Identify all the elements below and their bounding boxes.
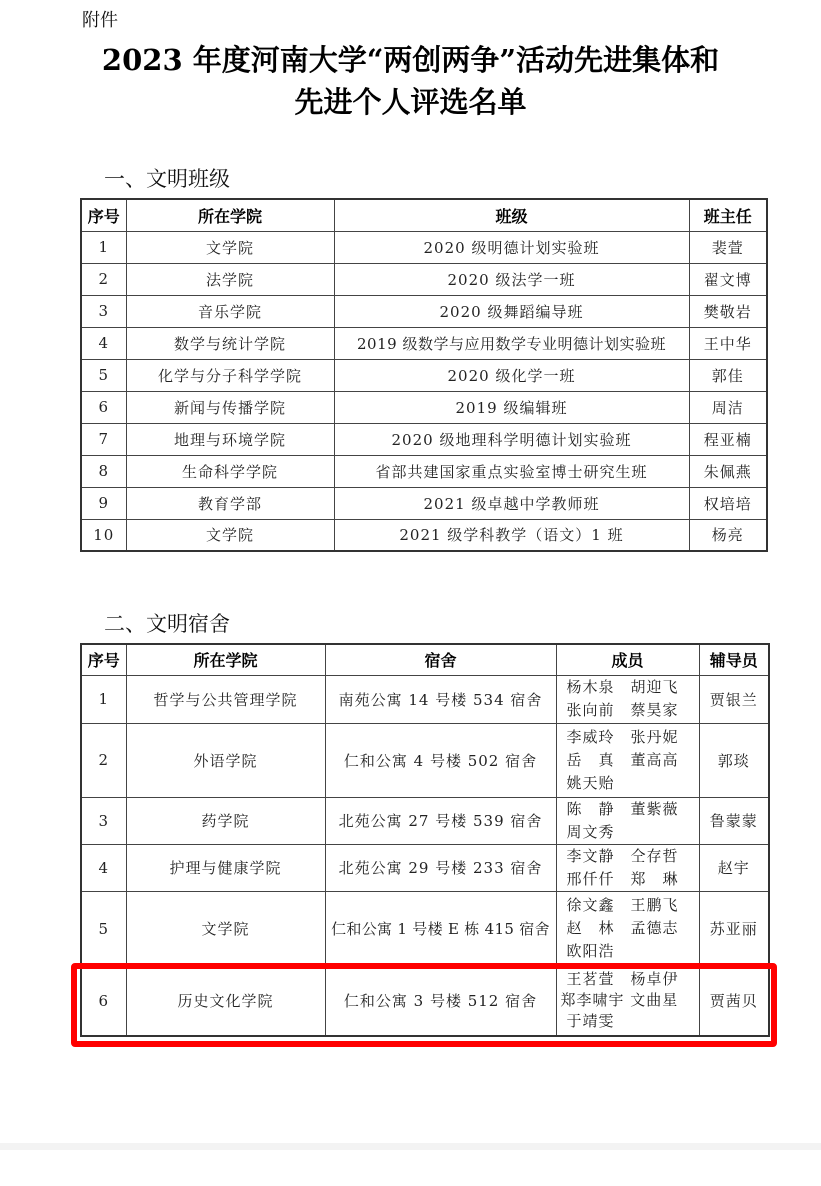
- cell-dorm: 仁和公寓 3 号楼 512 宿舍: [325, 966, 556, 1036]
- cell-no: 9: [81, 487, 126, 519]
- member-line: 欧阳浩: [567, 940, 699, 963]
- member-line: 陈 静 董紫薇: [567, 798, 699, 821]
- cell-teacher: 王中华: [689, 327, 767, 359]
- cell-counselor: 郭琰: [699, 723, 769, 797]
- cell-no: 3: [81, 295, 126, 327]
- cell-class: 2020 级舞蹈编导班: [334, 295, 689, 327]
- column-header-members: 成员: [556, 644, 699, 675]
- cell-college: 音乐学院: [126, 295, 334, 327]
- cell-counselor: 苏亚丽: [699, 891, 769, 966]
- cell-college: 文学院: [126, 891, 325, 966]
- cell-class: 2019 级编辑班: [334, 391, 689, 423]
- cell-counselor: 鲁蒙蒙: [699, 797, 769, 844]
- column-header-college: 所在学院: [126, 199, 334, 231]
- member-line: 邢仟仟 郑 琳: [567, 868, 699, 891]
- cell-college: 护理与健康学院: [126, 844, 325, 891]
- column-header-teacher: 班主任: [689, 199, 767, 231]
- cell-teacher: 朱佩燕: [689, 455, 767, 487]
- table-row: 2 法学院 2020 级法学一班 翟文博: [81, 263, 767, 295]
- cell-college: 教育学部: [126, 487, 334, 519]
- civilized-dorms-table: 序号 所在学院 宿舍 成员 辅导员 1 哲学与公共管理学院 南苑公寓 14 号楼…: [80, 643, 770, 1037]
- table-row: 10 文学院 2021 级学科教学（语文）1 班 杨亮: [81, 519, 767, 551]
- table-row: 5 文学院 仁和公寓 1 号楼 E 栋 415 宿舍 徐文鑫 王鹏飞 赵 林 孟…: [81, 891, 769, 966]
- cell-college: 药学院: [126, 797, 325, 844]
- cell-college: 文学院: [126, 231, 334, 263]
- cell-dorm: 北苑公寓 29 号楼 233 宿舍: [325, 844, 556, 891]
- cell-dorm: 仁和公寓 1 号楼 E 栋 415 宿舍: [325, 891, 556, 966]
- cell-dorm: 仁和公寓 4 号楼 502 宿舍: [325, 723, 556, 797]
- cell-class: 2019 级数学与应用数学专业明德计划实验班: [334, 327, 689, 359]
- cell-college: 外语学院: [126, 723, 325, 797]
- member-line: 郑李啸宇 文曲星: [561, 990, 699, 1011]
- column-header-no: 序号: [81, 199, 126, 231]
- member-line: 王茗萱 杨卓伊: [567, 969, 699, 990]
- cell-no: 6: [81, 966, 126, 1036]
- cell-class: 2020 级化学一班: [334, 359, 689, 391]
- cell-college: 化学与分子科学学院: [126, 359, 334, 391]
- cell-members: 李威玲 张丹妮 岳 真 董高高 姚天贻: [556, 723, 699, 797]
- member-line: 赵 林 孟德志: [567, 917, 699, 940]
- cell-no: 2: [81, 263, 126, 295]
- member-line: 张向前 蔡昊家: [567, 699, 699, 722]
- table-row: 8 生命科学学院 省部共建国家重点实验室博士研究生班 朱佩燕: [81, 455, 767, 487]
- cell-college: 历史文化学院: [126, 966, 325, 1036]
- cell-no: 5: [81, 359, 126, 391]
- column-header-class: 班级: [334, 199, 689, 231]
- cell-teacher: 周洁: [689, 391, 767, 423]
- section-heading-civilized-classes: 一、文明班级: [104, 163, 230, 193]
- cell-counselor: 贾银兰: [699, 675, 769, 723]
- cell-teacher: 樊敬岩: [689, 295, 767, 327]
- table-row: 1 文学院 2020 级明德计划实验班 裴萱: [81, 231, 767, 263]
- table-row: 5 化学与分子科学学院 2020 级化学一班 郭佳: [81, 359, 767, 391]
- cell-class: 2020 级法学一班: [334, 263, 689, 295]
- section-heading-civilized-dorms: 二、文明宿舍: [104, 608, 230, 638]
- cell-college: 生命科学学院: [126, 455, 334, 487]
- member-line: 于靖雯: [567, 1011, 699, 1032]
- member-line: 姚天贻: [567, 772, 699, 795]
- cell-dorm: 南苑公寓 14 号楼 534 宿舍: [325, 675, 556, 723]
- cell-no: 10: [81, 519, 126, 551]
- cell-class: 省部共建国家重点实验室博士研究生班: [334, 455, 689, 487]
- member-line: 李威玲 张丹妮: [567, 726, 699, 749]
- cell-no: 8: [81, 455, 126, 487]
- cell-teacher: 权培培: [689, 487, 767, 519]
- cell-no: 6: [81, 391, 126, 423]
- table-row: 4 护理与健康学院 北苑公寓 29 号楼 233 宿舍 李文静 仝存哲 邢仟仟 …: [81, 844, 769, 891]
- member-line: 岳 真 董高高: [567, 749, 699, 772]
- column-header-no: 序号: [81, 644, 126, 675]
- member-line: 徐文鑫 王鹏飞: [567, 894, 699, 917]
- civilized-classes-table: 序号 所在学院 班级 班主任 1 文学院 2020 级明德计划实验班 裴萱 2 …: [80, 198, 768, 552]
- document-title-line-1: 2023 年度河南大学“两创两争”活动先进集体和: [0, 38, 821, 79]
- cell-members: 杨木泉 胡迎飞 张向前 蔡昊家: [556, 675, 699, 723]
- table-row: 3 药学院 北苑公寓 27 号楼 539 宿舍 陈 静 董紫薇 周文秀 鲁蒙蒙: [81, 797, 769, 844]
- document-title-line-2: 先进个人评选名单: [0, 80, 821, 121]
- cell-college: 法学院: [126, 263, 334, 295]
- cell-college: 地理与环境学院: [126, 423, 334, 455]
- cell-class: 2021 级学科教学（语文）1 班: [334, 519, 689, 551]
- cell-teacher: 杨亮: [689, 519, 767, 551]
- table-row: 3 音乐学院 2020 级舞蹈编导班 樊敬岩: [81, 295, 767, 327]
- cell-class: 2020 级地理科学明德计划实验班: [334, 423, 689, 455]
- table-row: 9 教育学部 2021 级卓越中学教师班 权培培: [81, 487, 767, 519]
- cell-no: 5: [81, 891, 126, 966]
- page-bottom-divider: [0, 1143, 821, 1150]
- cell-no: 4: [81, 327, 126, 359]
- column-header-college: 所在学院: [126, 644, 325, 675]
- table-row-highlighted: 6 历史文化学院 仁和公寓 3 号楼 512 宿舍 王茗萱 杨卓伊 郑李啸宇 文…: [81, 966, 769, 1036]
- table-row: 4 数学与统计学院 2019 级数学与应用数学专业明德计划实验班 王中华: [81, 327, 767, 359]
- cell-teacher: 翟文博: [689, 263, 767, 295]
- table-row: 6 新闻与传播学院 2019 级编辑班 周洁: [81, 391, 767, 423]
- column-header-dorm: 宿舍: [325, 644, 556, 675]
- cell-college: 新闻与传播学院: [126, 391, 334, 423]
- table-header-row: 序号 所在学院 宿舍 成员 辅导员: [81, 644, 769, 675]
- cell-class: 2020 级明德计划实验班: [334, 231, 689, 263]
- table-row: 2 外语学院 仁和公寓 4 号楼 502 宿舍 李威玲 张丹妮 岳 真 董高高 …: [81, 723, 769, 797]
- cell-members: 李文静 仝存哲 邢仟仟 郑 琳: [556, 844, 699, 891]
- table-row: 1 哲学与公共管理学院 南苑公寓 14 号楼 534 宿舍 杨木泉 胡迎飞 张向…: [81, 675, 769, 723]
- attachment-label: 附件: [82, 6, 118, 32]
- cell-teacher: 裴萱: [689, 231, 767, 263]
- cell-no: 4: [81, 844, 126, 891]
- cell-no: 2: [81, 723, 126, 797]
- cell-college: 哲学与公共管理学院: [126, 675, 325, 723]
- cell-counselor: 赵宇: [699, 844, 769, 891]
- cell-college: 数学与统计学院: [126, 327, 334, 359]
- cell-members: 徐文鑫 王鹏飞 赵 林 孟德志 欧阳浩: [556, 891, 699, 966]
- cell-no: 1: [81, 231, 126, 263]
- cell-teacher: 郭佳: [689, 359, 767, 391]
- column-header-counselor: 辅导员: [699, 644, 769, 675]
- cell-no: 3: [81, 797, 126, 844]
- cell-counselor: 贾茜贝: [699, 966, 769, 1036]
- member-line: 李文静 仝存哲: [567, 845, 699, 868]
- table-row: 7 地理与环境学院 2020 级地理科学明德计划实验班 程亚楠: [81, 423, 767, 455]
- cell-members: 陈 静 董紫薇 周文秀: [556, 797, 699, 844]
- member-line: 杨木泉 胡迎飞: [567, 676, 699, 699]
- cell-members: 王茗萱 杨卓伊 郑李啸宇 文曲星 于靖雯: [556, 966, 699, 1036]
- cell-no: 7: [81, 423, 126, 455]
- cell-dorm: 北苑公寓 27 号楼 539 宿舍: [325, 797, 556, 844]
- cell-class: 2021 级卓越中学教师班: [334, 487, 689, 519]
- member-line: 周文秀: [567, 821, 699, 844]
- cell-no: 1: [81, 675, 126, 723]
- cell-college: 文学院: [126, 519, 334, 551]
- cell-teacher: 程亚楠: [689, 423, 767, 455]
- table-header-row: 序号 所在学院 班级 班主任: [81, 199, 767, 231]
